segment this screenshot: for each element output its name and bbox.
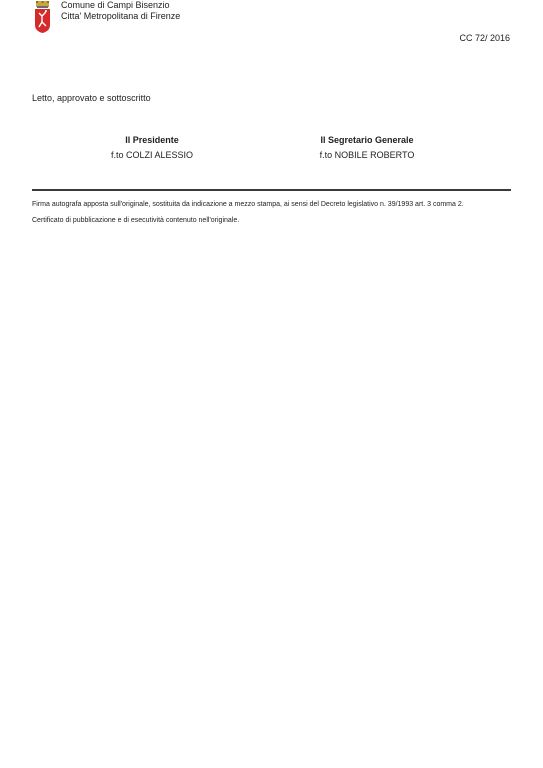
separator-rule <box>32 189 511 191</box>
municipal-crest-icon <box>33 1 52 34</box>
metro-city-name: Citta' Metropolitana di Firenze <box>61 11 180 22</box>
municipality-name: Comune di Campi Bisenzio <box>61 0 180 11</box>
signatory-signature: f.to COLZI ALESSIO <box>62 148 242 163</box>
approval-statement: Letto, approvato e sottoscritto <box>32 93 151 103</box>
signatory-role: Il Segretario Generale <box>277 133 457 148</box>
signatory-role: Il Presidente <box>62 133 242 148</box>
document-reference: CC 72/ 2016 <box>459 33 510 43</box>
signature-block-secretary: Il Segretario Generale f.to NOBILE ROBER… <box>277 133 457 163</box>
municipality-header: Comune di Campi Bisenzio Citta' Metropol… <box>61 0 180 22</box>
signatory-signature: f.to NOBILE ROBERTO <box>277 148 457 163</box>
footer-note-signature: Firma autografa apposta sull'originale, … <box>32 201 464 208</box>
footer-note-certificate: Certificato di pubblicazione e di esecut… <box>32 217 239 224</box>
signature-block-president: Il Presidente f.to COLZI ALESSIO <box>62 133 242 163</box>
